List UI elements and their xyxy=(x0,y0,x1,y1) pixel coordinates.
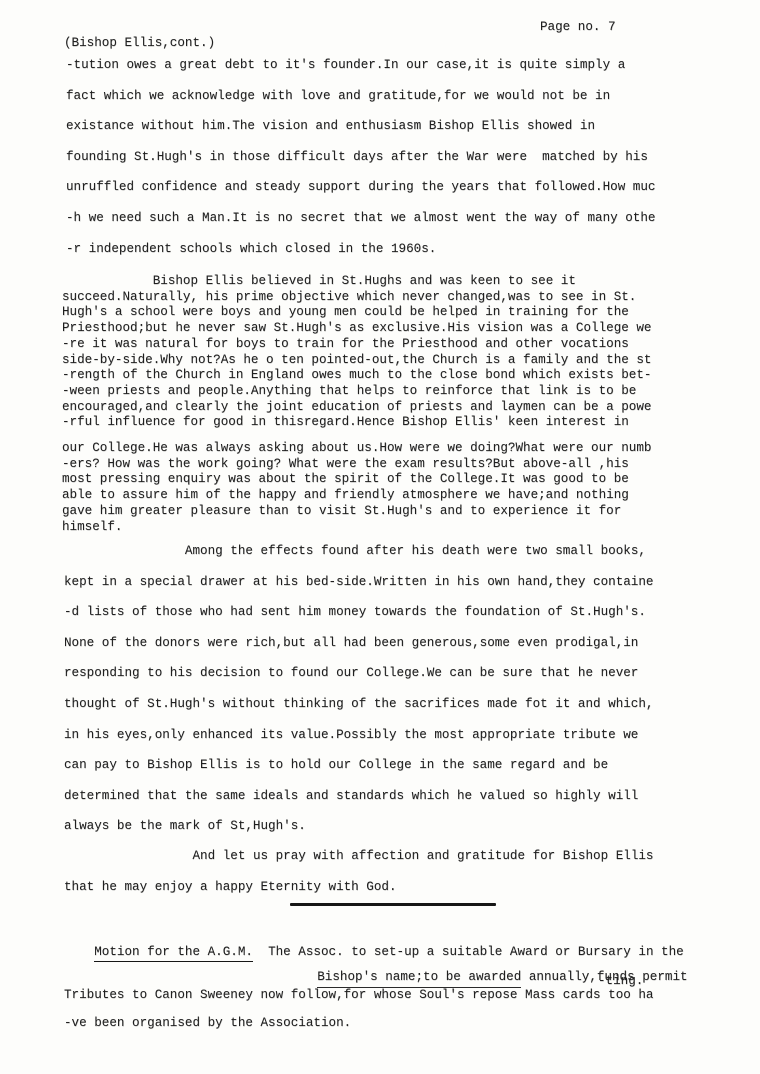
paragraph-4: Among the effects found after his death … xyxy=(64,536,714,842)
document-page: Page no. 7 (Bishop Ellis,cont.) -tution … xyxy=(0,0,760,1074)
paragraph-2: Bishop Ellis believed in St.Hughs and wa… xyxy=(62,274,712,431)
paragraph-1: -tution owes a great debt to it's founde… xyxy=(66,50,716,264)
page-number: Page no. 7 xyxy=(540,20,616,34)
motion-carryover-syllable: -ting. xyxy=(598,974,643,988)
motion-underlined-phrase: Bishop's name;to be awarded xyxy=(317,970,521,988)
continuation-note: (Bishop Ellis,cont.) xyxy=(64,36,215,50)
paragraph-3: our College.He was always asking about u… xyxy=(62,441,712,535)
motion-heading: Motion for the A.G.M. xyxy=(94,945,253,962)
paragraph-5: And let us pray with affection and grati… xyxy=(64,841,714,902)
tributes-line-1: Tributes to Canon Sweeney now follow,for… xyxy=(64,988,653,1002)
tributes-line-2: -ve been organised by the Association. xyxy=(64,1016,351,1030)
section-divider xyxy=(290,903,496,906)
